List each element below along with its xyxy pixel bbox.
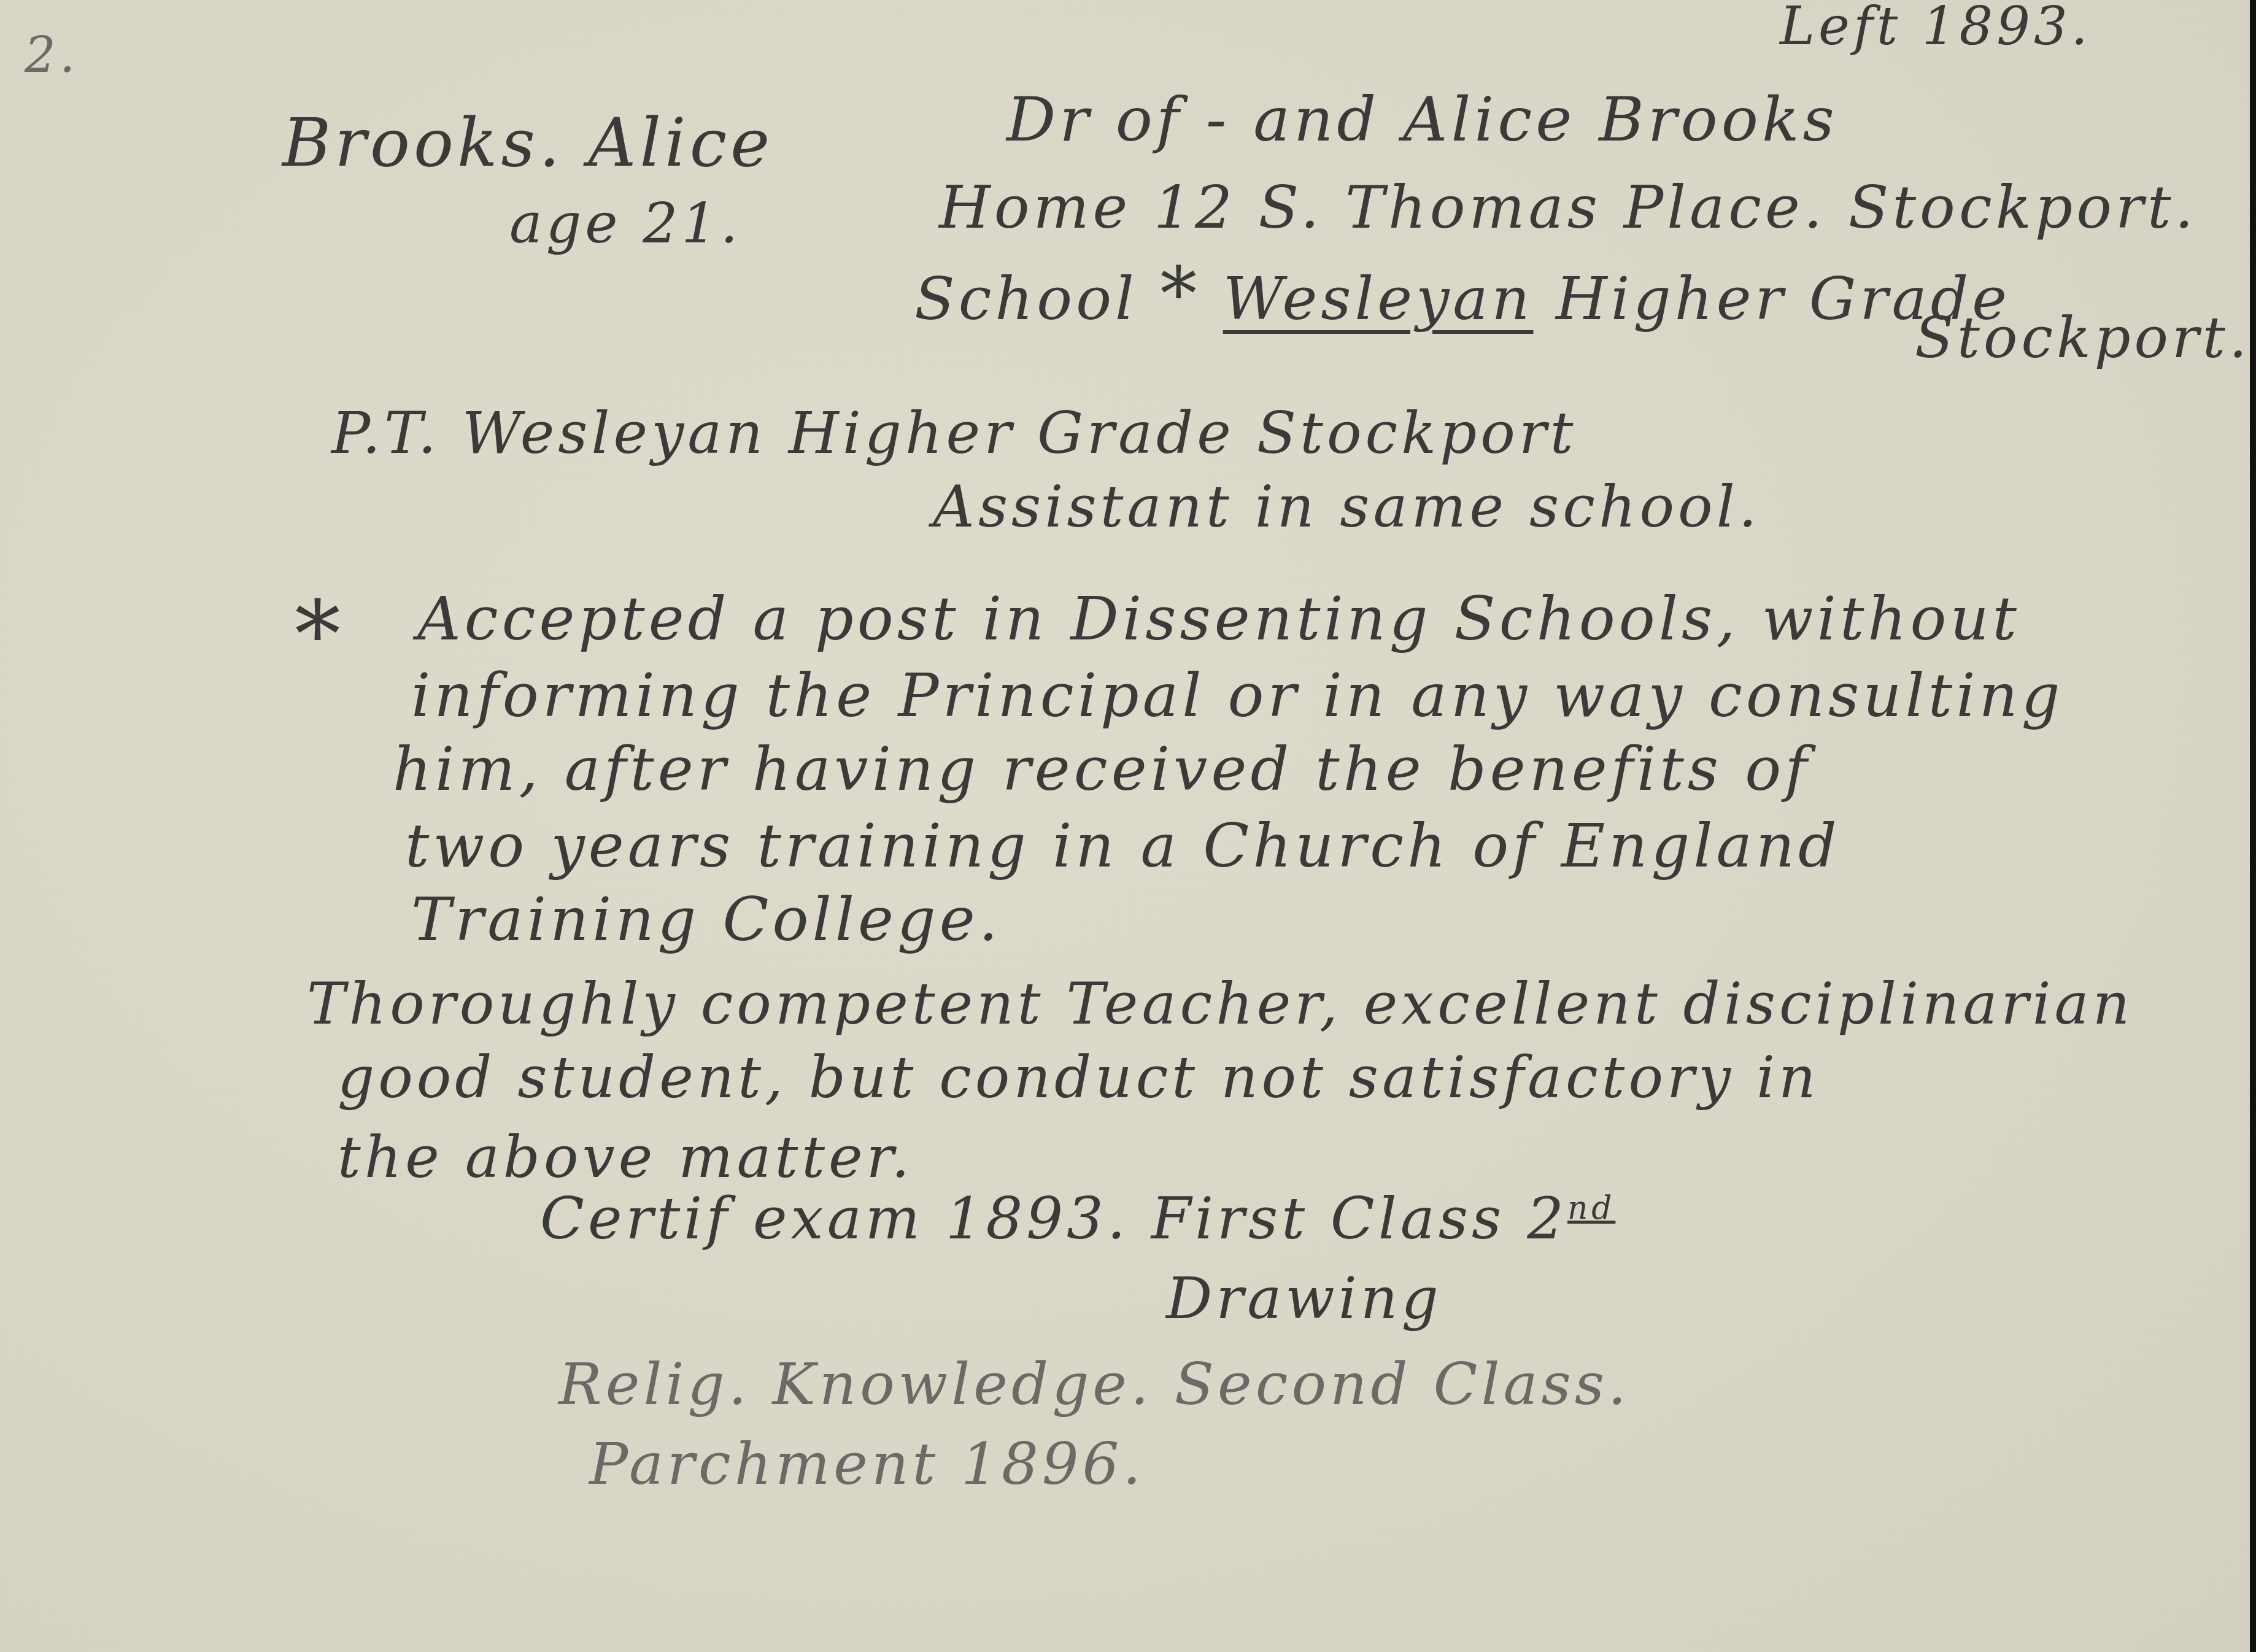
asterisk-icon: *	[1160, 252, 1200, 337]
religious-knowledge: Relig. Knowledge. Second Class.	[558, 1356, 1630, 1414]
parchment-year: Parchment 1896.	[589, 1436, 1145, 1494]
note-line: two years training in a Church of Englan…	[405, 816, 1841, 876]
pt-line: P.T. Wesleyan Higher Grade Stockport	[331, 405, 1577, 463]
school-denomination: Wesleyan	[1223, 264, 1534, 333]
certificate-text: Certif exam 1893. First Class 2	[540, 1186, 1567, 1253]
asterisk-icon: *	[295, 589, 344, 681]
school-town: Stockport.	[1915, 310, 2250, 366]
assessment-line: the above matter.	[338, 1129, 913, 1187]
home-address: Home 12 S. Thomas Place. Stockport.	[939, 178, 2197, 237]
left-date-note: Left 1893.	[1780, 0, 2092, 53]
assistant-line: Assistant in same school.	[933, 479, 1761, 536]
parentage: Dr of - and Alice Brooks	[1006, 89, 1838, 150]
note-line: informing the Principal or in any way co…	[411, 666, 2063, 726]
assessment-line: good student, but conduct not satisfacto…	[338, 1049, 1820, 1107]
certificate-exam: Certif exam 1893. First Class 2nd	[540, 1191, 1615, 1248]
school-label: School	[914, 264, 1138, 333]
drawing-subject: Drawing	[1166, 1270, 1442, 1328]
ordinal-suffix: nd	[1567, 1190, 1615, 1227]
school-line: School * Wesleyan Higher Grade	[914, 258, 2011, 331]
student-name: Brooks. Alice	[282, 110, 773, 177]
note-line: Training College.	[411, 890, 1002, 950]
scan-edge	[2250, 0, 2256, 1652]
student-age: age 21.	[509, 196, 741, 252]
note-line: him, after having received the benefits …	[393, 739, 1811, 800]
record-card: 2. Left 1893. Brooks. Alice age 21. Dr o…	[0, 0, 2250, 1652]
page-number: 2.	[25, 31, 79, 80]
assessment-line: Thoroughly competent Teacher, excellent …	[307, 976, 2133, 1033]
note-line: Accepted a post in Dissenting Schools, w…	[417, 589, 2020, 649]
